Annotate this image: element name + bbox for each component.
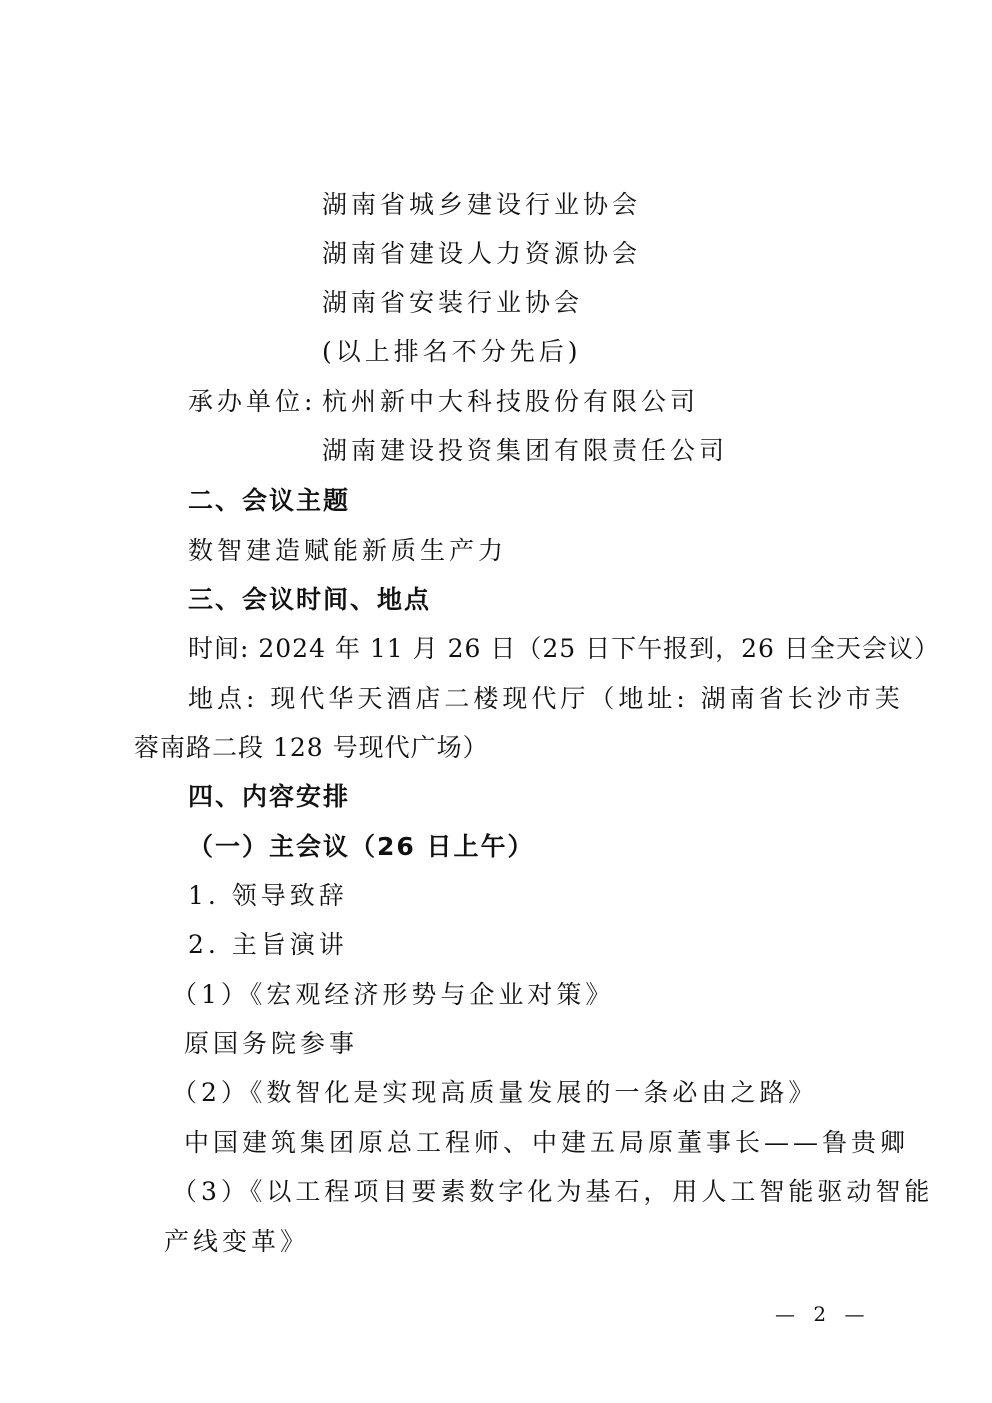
talk-3-title-line1: （3）《以工程项目要素数字化为基石，用人工智能驱动智能 — [172, 1177, 933, 1207]
meeting-place-line1: 地点: 现代华天酒店二楼现代厅（地址: 湖南省长沙市芙 — [188, 684, 904, 714]
talk-1-title: （1）《宏观经济形势与企业对策》 — [172, 980, 614, 1010]
host-unit-2: 湖南建设投资集团有限责任公司 — [322, 436, 728, 466]
organizer-note: (以上排名不分先后) — [322, 337, 582, 367]
meeting-time: 时间: 2024 年 11 月 26 日（25 日下午报到，26 日全天会议） — [188, 634, 940, 664]
section3-heading: 三、会议时间、地点 — [188, 585, 431, 615]
item-keynote: 2. 主旨演讲 — [188, 930, 348, 960]
host-unit-1: 杭州新中大科技股份有限公司 — [322, 387, 699, 417]
talk-3-title-line2: 产线变革》 — [164, 1227, 309, 1257]
section4-heading: 四、内容安排 — [188, 782, 350, 812]
section2-body: 数智建造赋能新质生产力 — [188, 536, 507, 566]
meeting-place-line2: 蓉南路二段 128 号现代广场） — [134, 733, 489, 763]
main-meeting-heading: （一）主会议（26 日上午） — [188, 832, 535, 862]
talk-1-speaker: 原国务院参事 — [184, 1029, 358, 1059]
page-number: — 2 — — [775, 1302, 870, 1326]
host-label: 承办单位: — [188, 387, 316, 417]
organizer-3: 湖南省安装行业协会 — [322, 288, 583, 318]
organizer-2: 湖南省建设人力资源协会 — [322, 239, 641, 269]
section2-heading: 二、会议主题 — [188, 486, 350, 516]
talk-2-speaker: 中国建筑集团原总工程师、中建五局原董事长——鲁贵卿 — [184, 1128, 909, 1158]
organizer-1: 湖南省城乡建设行业协会 — [322, 190, 641, 220]
item-leader-speech: 1. 领导致辞 — [188, 881, 348, 911]
talk-2-title: （2）《数智化是实现高质量发展的一条必由之路》 — [172, 1078, 817, 1108]
